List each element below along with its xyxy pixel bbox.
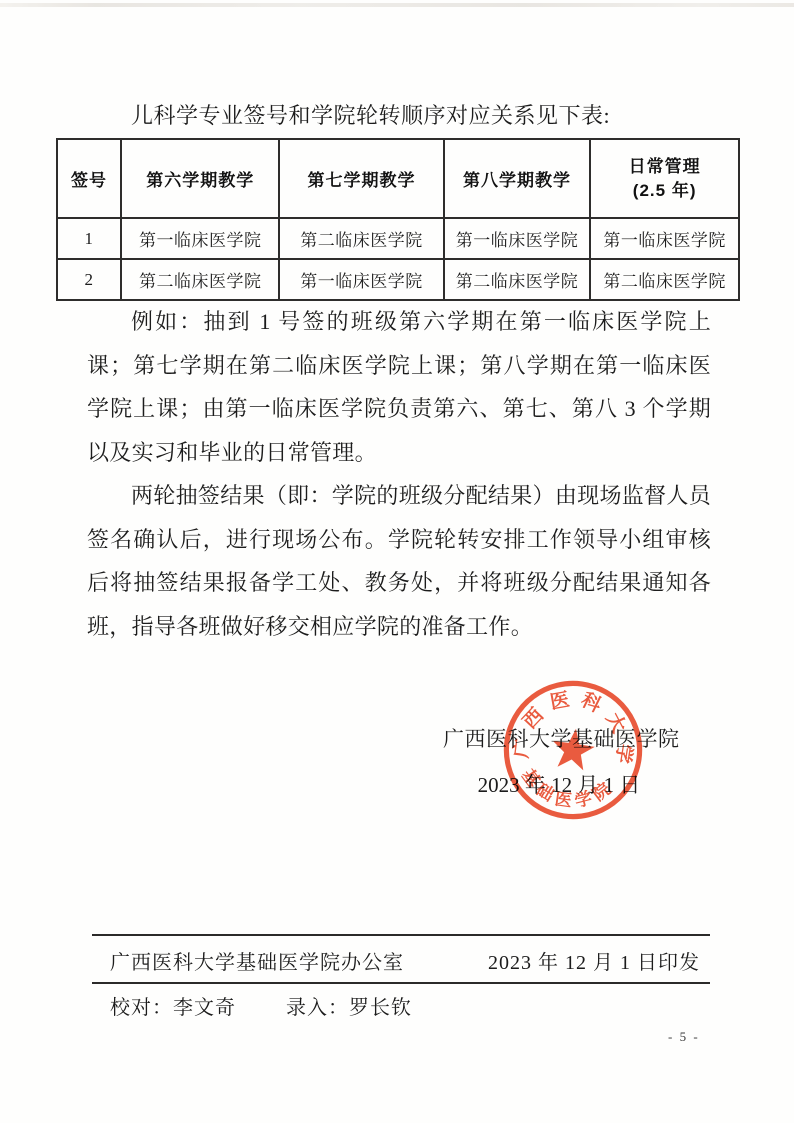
cell-semester6: 第二临床医学院	[121, 259, 279, 300]
footer-office: 广西医科大学基础医学院办公室	[110, 946, 404, 975]
body-text: 例如：抽到 1 号签的班级第六学期在第一临床医学院上课；第七学期在第二临床医学院…	[87, 300, 711, 648]
table-row: 1 第一临床医学院 第二临床医学院 第一临床医学院 第一临床医学院	[57, 218, 739, 259]
col-header-semester6: 第六学期教学	[121, 139, 279, 218]
col-header-daily-line1: 日常管理	[591, 155, 738, 179]
footer-issuer-row: 广西医科大学基础医学院办公室 2023 年 12 月 1 日印发	[110, 946, 700, 975]
cell-semester8: 第一临床医学院	[444, 218, 591, 259]
cell-semester6: 第一临床医学院	[121, 218, 279, 259]
cell-semester7: 第一临床医学院	[279, 259, 443, 300]
cell-sign-number: 2	[57, 259, 121, 300]
scan-artifact-top-edge	[0, 3, 794, 7]
col-header-semester7: 第七学期教学	[279, 139, 443, 218]
table-row: 2 第二临床医学院 第一临床医学院 第二临床医学院 第二临床医学院	[57, 259, 739, 300]
footer-proofreader: 校对：李文奇	[110, 997, 236, 1019]
footer-typist: 录入：罗长钦	[286, 997, 412, 1019]
cell-semester8: 第二临床医学院	[444, 259, 591, 300]
paragraph-example: 例如：抽到 1 号签的班级第六学期在第一临床医学院上课；第七学期在第二临床医学院…	[87, 300, 711, 474]
paragraph-procedure: 两轮抽签结果（即：学院的班级分配结果）由现场监督人员签名确认后，进行现场公布。学…	[87, 474, 711, 648]
col-header-semester8: 第八学期教学	[444, 139, 591, 218]
cell-semester7: 第二临床医学院	[279, 218, 443, 259]
official-seal: 广西医科大学 基础医学院	[484, 666, 661, 835]
col-header-daily-line2: (2.5 年)	[591, 179, 738, 203]
page-number: - 5 -	[668, 1029, 700, 1045]
table-header-row: 签号 第六学期教学 第七学期教学 第八学期教学 日常管理 (2.5 年)	[57, 139, 739, 218]
rotation-table: 签号 第六学期教学 第七学期教学 第八学期教学 日常管理 (2.5 年) 1 第…	[56, 138, 740, 301]
footer-credits-row: 校对：李文奇 录入：罗长钦	[110, 991, 412, 1020]
footer-divider-bottom	[92, 982, 710, 984]
cell-daily-management: 第一临床医学院	[590, 218, 739, 259]
cell-daily-management: 第二临床医学院	[590, 259, 739, 300]
seal-star-icon	[550, 726, 597, 772]
document-page: 儿科学专业签号和学院轮转顺序对应关系见下表: 签号 第六学期教学 第七学期教学 …	[0, 0, 794, 1123]
col-header-daily-management: 日常管理 (2.5 年)	[590, 139, 739, 218]
col-header-sign-number: 签号	[57, 139, 121, 218]
intro-line: 儿科学专业签号和学院轮转顺序对应关系见下表:	[87, 101, 723, 131]
footer-issue-date: 2023 年 12 月 1 日印发	[488, 946, 700, 975]
cell-sign-number: 1	[57, 218, 121, 259]
footer-divider-top	[92, 934, 710, 936]
